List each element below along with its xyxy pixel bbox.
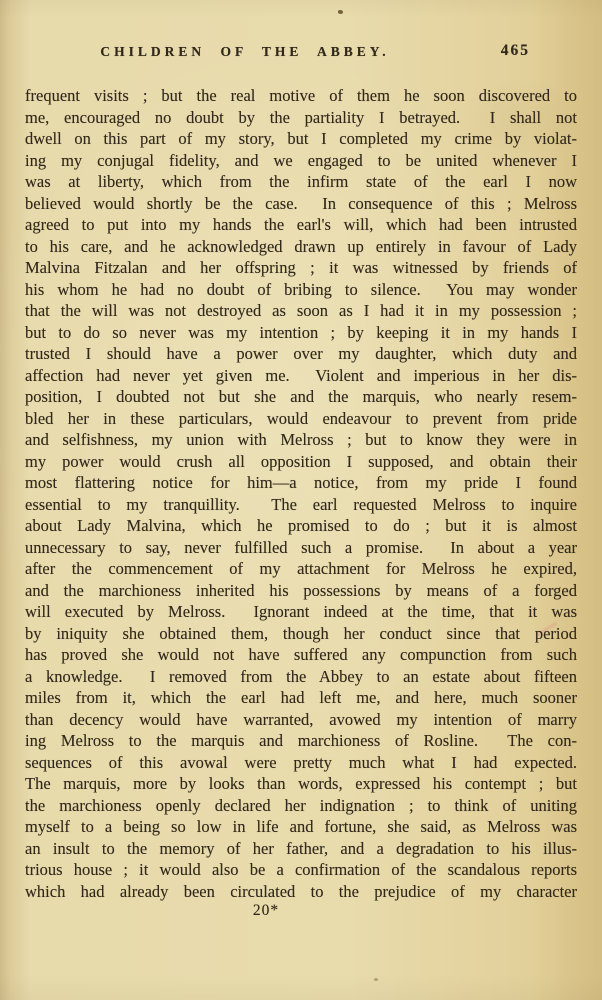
- text-line: trusted I should have a power over my da…: [25, 343, 577, 365]
- text-line: sequences of this avowal were pretty muc…: [25, 752, 577, 774]
- text-line: Malvina Fitzalan and her offspring ; it …: [25, 257, 577, 279]
- text-line: after the commencement of my attachment …: [25, 558, 577, 580]
- text-line: his whom he had no doubt of bribing to s…: [25, 279, 577, 301]
- text-line: my power would crush all opposition I su…: [25, 451, 577, 473]
- text-line: by iniquity she obtained them, though he…: [25, 623, 577, 645]
- text-line: unnecessary to say, never fulfilled such…: [25, 537, 577, 559]
- text-line: The marquis, more by looks than words, e…: [25, 773, 577, 795]
- text-line: dwell on this part of my story, but I co…: [25, 128, 577, 150]
- text-line: that the will was not destroyed as soon …: [25, 300, 577, 322]
- text-line: position, I doubted not but she and the …: [25, 386, 577, 408]
- text-line: an insult to the memory of her father, a…: [25, 838, 577, 860]
- text-line: and selfishness, my union with Melross ;…: [25, 429, 577, 451]
- text-line: has proved she would not have suffered a…: [25, 644, 577, 666]
- paper-speck: [338, 10, 343, 14]
- text-line: about Lady Malvina, which he promised to…: [25, 515, 577, 537]
- text-line: essential to my tranquillity. The earl r…: [25, 494, 577, 516]
- text-line: ing my conjugal fidelity, and we engaged…: [25, 150, 577, 172]
- text-line: trious house ; it would also be a confir…: [25, 859, 577, 881]
- text-line: than decency would have warranted, avowe…: [25, 709, 577, 731]
- text-line: and the marchioness inherited his posses…: [25, 580, 577, 602]
- page-header: CHILDREN OF THE ABBEY. 465: [25, 44, 577, 64]
- text-line: the marchioness openly declared her indi…: [25, 795, 577, 817]
- text-line: to his care, and he acknowledged drawn u…: [25, 236, 577, 258]
- text-line: most flattering notice for him—a notice,…: [25, 472, 577, 494]
- text-line: but to do so never was my intention ; by…: [25, 322, 577, 344]
- book-page-scan: CHILDREN OF THE ABBEY. 465 frequent visi…: [0, 0, 602, 1000]
- text-line: bled her in these particulars, would end…: [25, 408, 577, 430]
- text-line: a knowledge. I removed from the Abbey to…: [25, 666, 577, 688]
- text-line: frequent visits ; but the real motive of…: [25, 85, 577, 107]
- text-line: believed would shortly be the case. In c…: [25, 193, 577, 215]
- text-line: me, encouraged no doubt by the partialit…: [25, 107, 577, 129]
- text-line: agreed to put into my hands the earl's w…: [25, 214, 577, 236]
- page-number: 465: [501, 42, 530, 60]
- text-line: miles from it, which the earl had left m…: [25, 687, 577, 709]
- signature-mark: 20*: [0, 901, 532, 921]
- text-line: which had already been circulated to the…: [25, 881, 577, 903]
- paper-fleck: [374, 978, 378, 981]
- text-line: myself to a being so low in life and for…: [25, 816, 577, 838]
- text-line: will executed by Melross. Ignorant indee…: [25, 601, 577, 623]
- text-line: affection had never yet given me. Violen…: [25, 365, 577, 387]
- body-text-block: frequent visits ; but the real motive of…: [25, 85, 577, 902]
- running-title: CHILDREN OF THE ABBEY.: [25, 44, 577, 60]
- text-line: was at liberty, which from the infirm st…: [25, 171, 577, 193]
- text-line: ing Melross to the marquis and marchione…: [25, 730, 577, 752]
